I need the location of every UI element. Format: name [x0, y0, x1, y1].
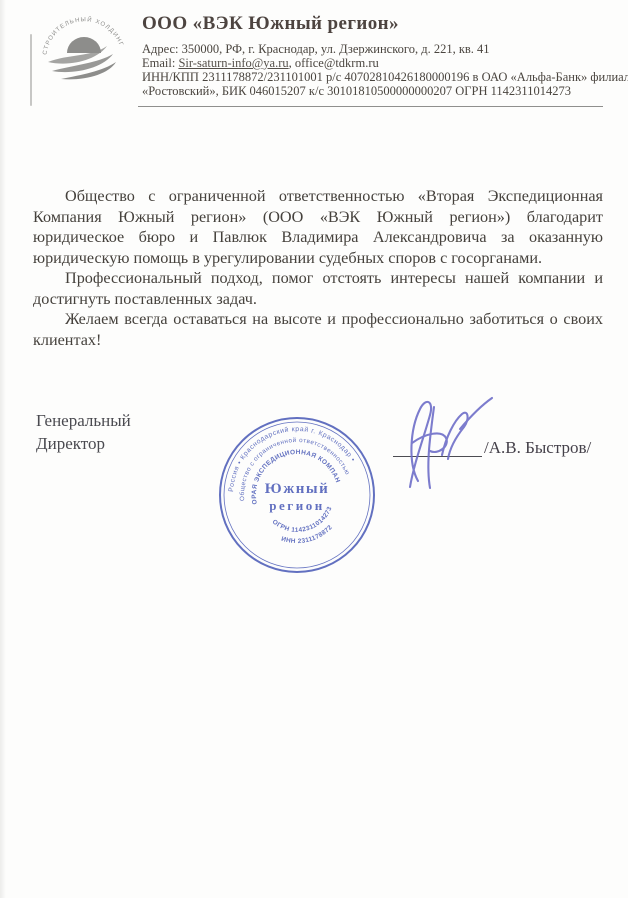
company-details: Адрес: 350000, РФ, г. Краснодар, ул. Дзе…	[142, 42, 612, 98]
requisites-line-1: ИНН/КПП 2311178872/231101001 р/с 4070281…	[142, 70, 612, 84]
logo-sun-shape	[67, 37, 101, 53]
header-text-block: ООО «ВЭК Южный регион» Адрес: 350000, РФ…	[142, 13, 612, 98]
scan-edge-artifact	[0, 0, 6, 898]
body-paragraph-1: Общество с ограниченной ответственностью…	[33, 186, 603, 268]
letter-body: Общество с ограниченной ответственностью…	[33, 186, 603, 350]
scan-line-artifact	[30, 34, 32, 106]
header-divider	[138, 106, 603, 107]
email-label: Email:	[142, 56, 178, 70]
address-line: Адрес: 350000, РФ, г. Краснодар, ул. Дзе…	[142, 42, 612, 56]
body-paragraph-3: Желаем всегда оставаться на высоте и про…	[33, 309, 603, 350]
company-name: ООО «ВЭК Южный регион»	[142, 13, 612, 35]
signatory-title: Генеральный Директор	[36, 409, 131, 455]
stamp-center-line-1: Южный	[265, 481, 329, 497]
company-round-stamp: Россия • Краснодарский край г. Краснодар…	[216, 414, 378, 576]
requisites-line-2: «Ростовский», БИК 046015207 к/с 30101810…	[142, 84, 612, 98]
company-logo: СТРОИТЕЛЬНЫЙ ХОЛДИНГ	[40, 12, 130, 104]
email-link: Sir-saturn-info@ya.ru	[178, 56, 288, 70]
email-secondary: , office@tdkrm.ru	[289, 56, 379, 70]
handwritten-signature	[388, 393, 516, 493]
stamp-center-line-2: регион	[269, 498, 324, 513]
scanned-letter-page: СТРОИТЕЛЬНЫЙ ХОЛДИНГ ООО «ВЭК Южный реги…	[0, 0, 628, 898]
signatory-title-line-1: Генеральный	[36, 409, 131, 432]
body-paragraph-2: Профессиональный подход, помог отстоять …	[33, 268, 603, 309]
email-line: Email: Sir-saturn-info@ya.ru, office@tdk…	[142, 56, 612, 70]
signatory-title-line-2: Директор	[36, 432, 131, 455]
